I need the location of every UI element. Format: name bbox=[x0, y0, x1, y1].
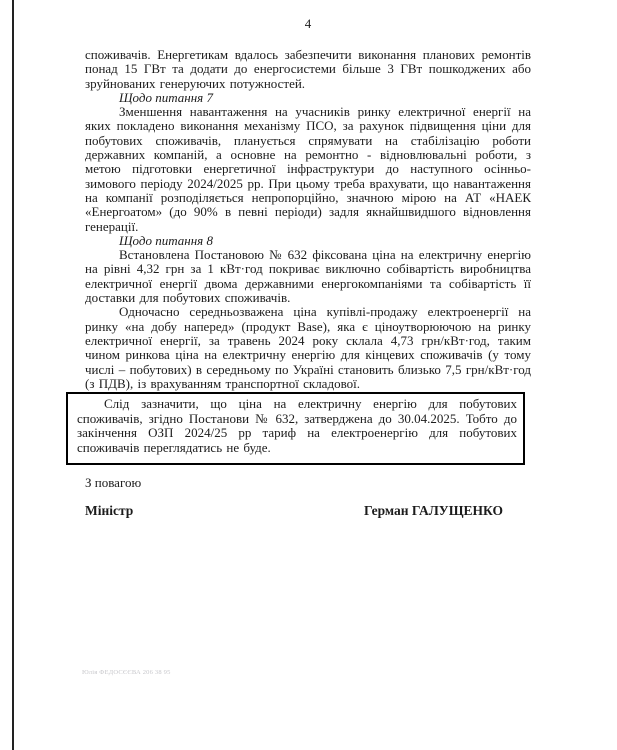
closing-salutation: З повагою bbox=[85, 476, 531, 490]
footer-contact: Юлія ФЕДОСЄЄВА 206 38 95 bbox=[82, 669, 171, 676]
signature-title: Міністр bbox=[85, 504, 133, 518]
boxed-note-text: Слід зазначити, що ціна на електричну ен… bbox=[77, 397, 517, 455]
paragraph-intro: споживачів. Енергетикам вдалось забезпеч… bbox=[85, 48, 531, 91]
paragraph-question-8-price: Встановлена Постановою № 632 фіксована ц… bbox=[85, 248, 531, 305]
page-content: 4 споживачів. Енергетикам вдалось забезп… bbox=[85, 16, 531, 518]
signature-row: Міністр Герман ГАЛУЩЕНКО bbox=[85, 504, 531, 518]
highlighted-note-box: Слід зазначити, що ціна на електричну ен… bbox=[66, 392, 525, 464]
page-number: 4 bbox=[85, 16, 531, 32]
paragraph-question-7: Зменшення навантаження на учасників ринк… bbox=[85, 105, 531, 234]
signature-name: Герман ГАЛУЩЕНКО bbox=[364, 504, 503, 518]
heading-question-8: Щодо питання 8 bbox=[85, 234, 531, 248]
paragraph-question-8-market: Одночасно середньозважена ціна купівлі-п… bbox=[85, 305, 531, 391]
heading-question-7: Щодо питання 7 bbox=[85, 91, 531, 105]
page-edge-line bbox=[12, 0, 14, 750]
document-page: { "page": { "number": "4", "footer": "Юл… bbox=[0, 0, 617, 750]
